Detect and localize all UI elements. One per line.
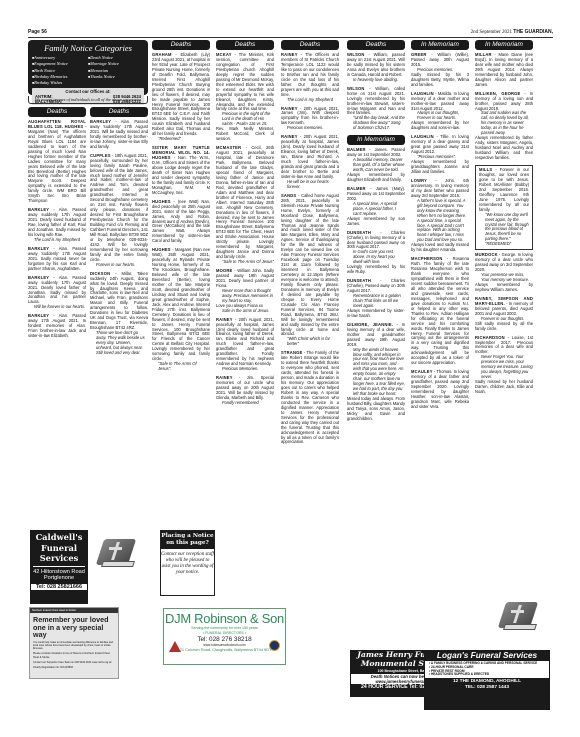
notice-item: BALMER - James (Maty). Passed away on 1s… <box>347 187 405 227</box>
notice-item: DUNSEATH - Charles (Charlie), In loving … <box>347 231 405 276</box>
notice-item: SANDS - Called home August 26th, 2021, p… <box>281 194 339 348</box>
logans-services: • A FAMILY BUSINESS OFFERING A CARING AN… <box>425 661 549 678</box>
notice-text: - Margaret (Nan nee Watt), 25th August 2… <box>152 247 210 361</box>
notice-item: RICHARDSON - Louise, 1st September 2017.… <box>475 336 533 395</box>
notice-item: HUGHES - Margaret (Nan nee Watt), 25th A… <box>152 248 210 372</box>
nichs-charity-ad: Northern Ireland Chest Heart & Stroke Re… <box>29 607 119 679</box>
notice-text: - Alan. Passed away 'suddenly' 17th Augu… <box>90 119 148 149</box>
notice-verse: Precious Memories. <box>216 367 274 372</box>
logans-address: 12 THE DIAMOND, AHOGHILL TEL: 028 2587 1… <box>424 678 550 691</box>
notice-text: - The Officers and members of St Patrick… <box>281 52 339 97</box>
issue-date: 2nd September 2021 THE GUARDIAN, <box>471 29 553 35</box>
notice-item: BARKLEY - Alan. Passed away 'suddenly' 1… <box>28 247 86 272</box>
column-6: Deaths WILSON - William, passed away on … <box>347 40 405 645</box>
category-item: Birthday Wishes <box>32 80 88 86</box>
notice-text: - Forever in our thoughts, our loved one… <box>479 167 529 212</box>
notice-item: GILMORE, JEANNIE. - In loving memory of … <box>347 323 405 422</box>
placing-notice-box: Placing a Notice on this page? Contact o… <box>160 530 215 596</box>
notice-item: BARKLEY - Alan. Passed away suddenly 17t… <box>28 208 86 243</box>
notice-text: - 20th August 2021, peacefully at hospit… <box>281 134 339 179</box>
notice-signoff: Always remembered by daughter Elizabeth … <box>347 173 405 183</box>
notice-verse: "Safe In The Arms Of Jesus" <box>216 260 274 265</box>
section-header-deaths: Deaths <box>347 40 405 50</box>
djm-address: 121 Culcrum Road, Cloughmills, Ballymena… <box>164 647 285 653</box>
notice-verse: "We know one day we'll meet again, by th… <box>479 213 529 248</box>
crest-logo-icon <box>269 640 280 651</box>
notice-verse: Safe in the arms of Jesus. <box>216 309 274 314</box>
notice-item: MURDOCK - George. In loving memory of a … <box>475 253 533 293</box>
notice-verse: "Safe In The Arms Of Jesus". <box>152 362 210 372</box>
notice-text: - Margaret (Nan) The officers and brethr… <box>28 124 86 203</box>
notice-item: BALMER - James. Passed away on 1st Septe… <box>347 148 405 183</box>
notice-verse: "Redeemed" <box>152 137 210 142</box>
notice-item: MILLAR - Marie Diane (nee Boyd). In lovi… <box>475 53 533 88</box>
column-7: In Memoriam GREER - William (Willie), Pa… <box>411 40 469 645</box>
notice-item: RAINEY - 20th August 2021, peacefully at… <box>281 135 339 189</box>
notice-name: AUGHAFATTEN ROYAL BLUES LOL 118. HUGHES <box>28 119 86 129</box>
notice-verse: Never more than a thought away. Precious… <box>216 289 274 304</box>
notice-signoff: Always remembered by son James. <box>347 217 405 227</box>
page-number: Page 56 <box>28 29 47 35</box>
notices-list: BALMER - James. Passed away on 1st Septe… <box>347 148 405 422</box>
column-4: Deaths MCKAY - The Minister, Kirk sessio… <box>216 40 274 605</box>
notice-signoff: Still sadly missed by all the family cir… <box>475 322 533 332</box>
column-1: Deaths AUGHAFATTEN ROYAL BLUES LOL 118. … <box>28 107 86 527</box>
notice-item: MILLS - Forever in our thoughts, our lov… <box>475 165 533 250</box>
notice-verse: "Until the day break, And the shadows fl… <box>347 116 405 131</box>
notice-item: HUGHES - (nee Watt) Nan, died peacefully… <box>152 200 210 245</box>
notice-item: RAINEY - The Officers and members of St … <box>281 53 339 103</box>
section-header-deaths: Deaths <box>152 40 210 50</box>
notice-item: RAINEY - Jim. Special memories of our un… <box>216 376 274 406</box>
notice-signoff: Always remembered by father Andy, sister… <box>475 136 533 161</box>
notice-item: MOORE - William John. Sadly passed away … <box>216 269 274 314</box>
notice-verse: A father's love is special, A gift beyon… <box>411 199 469 244</box>
paper-name: THE GUARDIAN, <box>513 29 553 35</box>
notice-verse: Never Forget You. Your presence we miss,… <box>475 355 533 380</box>
notice-signoff: Always remembered by nephew William Jame… <box>475 283 533 293</box>
section-header-deaths: Deaths <box>90 107 148 117</box>
bible-cross-icon <box>498 598 538 636</box>
section-header-deaths: Deaths <box>281 40 339 50</box>
caldwell-funeral-ad: Caldwell's Funeral Services 42 Hiltonsto… <box>30 530 88 604</box>
notice-signoff: Sadly missed by her husband Darren, chil… <box>475 380 533 395</box>
notice-verse: The Lord is my Shepherd <box>28 238 86 243</box>
notice-text: - William, called home on 21st August 20… <box>347 86 405 116</box>
notice-item: BARKLEY - Alan. Passed away 17th August … <box>28 314 86 339</box>
caldwell-phone: Tel: 028 25821666 <box>31 584 87 591</box>
notices-list: MILLAR - Marie Diane (nee Boyd). In lovi… <box>475 53 533 395</box>
notice-item: MCAULEY - Thomas. In loving memory of a … <box>411 370 469 410</box>
notice-signoff: Always remembered by sister-in-law Sarah… <box>347 309 405 319</box>
notice-text: - Elizabeth (Lily) 23rd August 2021, at … <box>152 52 210 136</box>
notice-text: - Nan. The W.M., D.M., Officers and Sist… <box>152 155 210 195</box>
notice-item: RAINEY - 20th August 2021, peacefully at… <box>216 318 274 372</box>
notice-item: LOWRY - John. 6th anniversary. In loving… <box>411 179 469 253</box>
notice-item: MCKAY - The Minister, Kirk session, comm… <box>216 53 274 142</box>
column-5: Deaths RAINEY - The Officers and members… <box>281 40 339 645</box>
bible-cross-icon <box>96 535 136 573</box>
notice-text: - Millar. Taken suddenly 24th August, do… <box>90 271 148 330</box>
section-header-in-memoriam: In Memoriam <box>411 40 469 50</box>
section-header-in-memoriam: In Memoriam <box>475 40 533 50</box>
notice-item: RAINEY, SIMPSON AND MARY-ELLEN. - In mem… <box>475 297 533 332</box>
notice-verse: Sad and sudden was the call, so dearly l… <box>475 111 533 136</box>
djm-phone: Tel: 028 276 38218 <box>164 636 285 643</box>
notice-verse: Forever in our hearts. <box>90 263 148 268</box>
nichs-headline: Remember your loved one in a very specia… <box>30 613 118 640</box>
notice-verse: The Lord is my Shepherd <box>281 98 339 103</box>
notice-item: LAUGHLIN - Matilda. In loving memory of … <box>411 92 469 132</box>
notice-text: - The Family of the late Robert Strange … <box>281 350 339 444</box>
notice-item: MACPHERSON - Rosanna Ruth. The family of… <box>411 257 469 366</box>
notice-verse: Those we love don't go away. They walk b… <box>90 331 148 356</box>
notice-item: BARKLEY - Alan. Passed away 'suddenly' 1… <box>90 120 148 150</box>
notice-item: BARKLEY - Alan. Passed away suddenly 17t… <box>28 276 86 311</box>
notice-text: - Cecil, 26th August 2021, peacefully at… <box>216 145 274 259</box>
categories-box: Family Notice Categories Anniversary Dea… <box>28 40 148 95</box>
placing-body: Contact our reception staff who will be … <box>161 549 214 576</box>
notice-item: DICKSON - Millar. Taken suddenly 24th Au… <box>90 272 148 356</box>
notice-text: - The Minister, Kirk session, committee … <box>216 52 274 111</box>
notice-signoff: Always loved and sadly missed by his dau… <box>411 243 469 253</box>
notice-signoff: Missed today and always. From husband Bi… <box>347 397 405 422</box>
logans-name: Logan's Funeral Services <box>424 650 550 661</box>
notice-text: - 20th August 2021, peacefully at hospit… <box>216 317 274 367</box>
notices-list: RAINEY - The Officers and members of St … <box>281 53 339 445</box>
notice-signoff: Always remembered by her daughters and s… <box>411 121 469 131</box>
notice-verse: Precious in the sight of the Lord is the… <box>216 112 274 127</box>
notice-signoff: Always remembered by granddaughters Joan… <box>411 160 469 175</box>
djm-robinson-ad: DJM Robinson & Son Serving the community… <box>163 608 286 665</box>
notice-item: LAUGHLIN - Tillie. In loving memory of a… <box>411 135 469 175</box>
notice-item: WILSON - William, called home on 21st Au… <box>347 87 405 132</box>
notice-signoff: Sadly missed by his 3 daughters Betty, M… <box>411 73 469 88</box>
notice-verse: In God's care you rest above, In my hear… <box>347 250 405 265</box>
notice-item: WILSON - William, passed away on 21st Au… <box>347 53 405 83</box>
notices-list: GREER - William (Willie), Passed away 30… <box>411 53 469 410</box>
notice-item: MCMASTER - Cecil, 26th August 2021, peac… <box>216 146 274 265</box>
notice-item: DUNSEATH - Charles (Charlie), Passed awa… <box>347 279 405 319</box>
notices-list: WILSON - William, passed away on 21st Au… <box>347 53 405 131</box>
notice-signoff: Rev. Mark Neilly Minister, Robert McCord… <box>216 127 274 142</box>
djm-name: DJM Robinson & Son <box>164 609 285 626</box>
notice-item: GREER - William (Willie), Passed away 30… <box>411 53 469 88</box>
notice-text: - 19th August 2021, peacefully, surround… <box>90 153 148 262</box>
triangle-logo-icon <box>169 641 181 652</box>
notice-item: MILLIKEN, GEORGE - In memory of a loving… <box>475 92 533 161</box>
notice-text: - Thomas. In loving memory of a dear fat… <box>411 369 469 409</box>
notice-signoff: Lovingly remembered by his wife Ruby. <box>347 265 405 275</box>
notice-verse: A special time, A special place, A speci… <box>347 202 405 217</box>
accept-images-note: We accept images of individuals in all o… <box>28 96 148 104</box>
notice-verse: "With Christ which is far better" <box>281 337 339 347</box>
notice-item: AUGHAFATTEN ROYAL BLUES LOL 118. HUGHES … <box>28 120 86 204</box>
column-2: Deaths BARKLEY - Alan. Passed away 'sudd… <box>90 107 148 527</box>
categories-title: Family Notice Categories <box>32 43 144 53</box>
caldwell-address: 42 Hiltonstown Road Portglenone <box>33 566 85 582</box>
notice-verse: He will be in our hearts forever. <box>281 180 339 190</box>
notice-verse: A beautiful memory, Dearer than gold, Of… <box>347 158 405 173</box>
notice-text: - Alan. Passed away suddenly 17th August… <box>28 207 86 237</box>
notices-list: BARKLEY - Alan. Passed away 'suddenly' 1… <box>90 120 148 356</box>
section-header-deaths: Deaths <box>28 107 86 117</box>
notice-item: CUPPLES - 19th August 2021, peacefully, … <box>90 154 148 268</box>
notice-item: SISTER MARY TURTLE MEMORIAL WLOL NO. 14.… <box>152 146 210 196</box>
nichs-body: You could help make an immediate and las… <box>30 640 118 652</box>
category-item: Thanks Notice <box>88 74 144 80</box>
column-8: In Memoriam MILLAR - Marie Diane (nee Bo… <box>475 40 533 600</box>
notice-text: - Called home August 26th, 2021, peacefu… <box>281 193 339 337</box>
section-header-deaths: Deaths <box>216 40 274 50</box>
section-header-in-memoriam: In Memoriam <box>347 135 405 145</box>
notice-text: - Marie Diane (nee Boyd). In loving memo… <box>475 52 533 87</box>
notice-text: - Alan. Passed away suddenly 17th August… <box>28 275 86 305</box>
notice-verse: May the winds of heaven blow softly, and… <box>347 348 405 398</box>
notice-item: GRAHAM - Elizabeth (Lily) 23rd August 20… <box>152 53 210 142</box>
running-head: Page 56 2nd September 2021 THE GUARDIAN, <box>28 28 553 38</box>
placing-title: Placing a Notice on this page? <box>161 531 214 549</box>
categories-list: Anniversary Death Notice Engagement Noti… <box>32 55 144 86</box>
notice-text: - (nee Watt) Nan, died peacefully on 25t… <box>152 199 210 244</box>
notices-list: AUGHAFATTEN ROYAL BLUES LOL 118. HUGHES … <box>28 120 86 339</box>
logans-funeral-ad: Logan's Funeral Services • A FAMILY BUSI… <box>424 650 550 710</box>
notice-verse: Remembrance is a golden chain That links… <box>347 294 405 309</box>
caldwell-name: Caldwell's Funeral Services <box>30 530 88 564</box>
notice-verse: Will be forever in our hearts. <box>28 305 86 310</box>
notices-list: MCKAY - The Minister, Kirk session, comm… <box>216 53 274 406</box>
notices-list: GRAHAM - Elizabeth (Lily) 23rd August 20… <box>152 53 210 372</box>
notice-verse: Precious memories. <box>281 126 339 131</box>
column-3: Deaths GRAHAM - Elizabeth (Lily) 23rd Au… <box>152 40 210 528</box>
notice-text: - Rosanna Ruth. The family of the late R… <box>411 256 469 365</box>
notice-verse: In heavenly love abiding. <box>347 78 405 83</box>
notice-verse: Fondly remembered <box>216 401 274 406</box>
notice-item: STRANGE - The Family of the late Robert … <box>281 351 339 445</box>
notice-item: RAINEY - 20th August 2021, James (Jim). … <box>281 107 339 132</box>
